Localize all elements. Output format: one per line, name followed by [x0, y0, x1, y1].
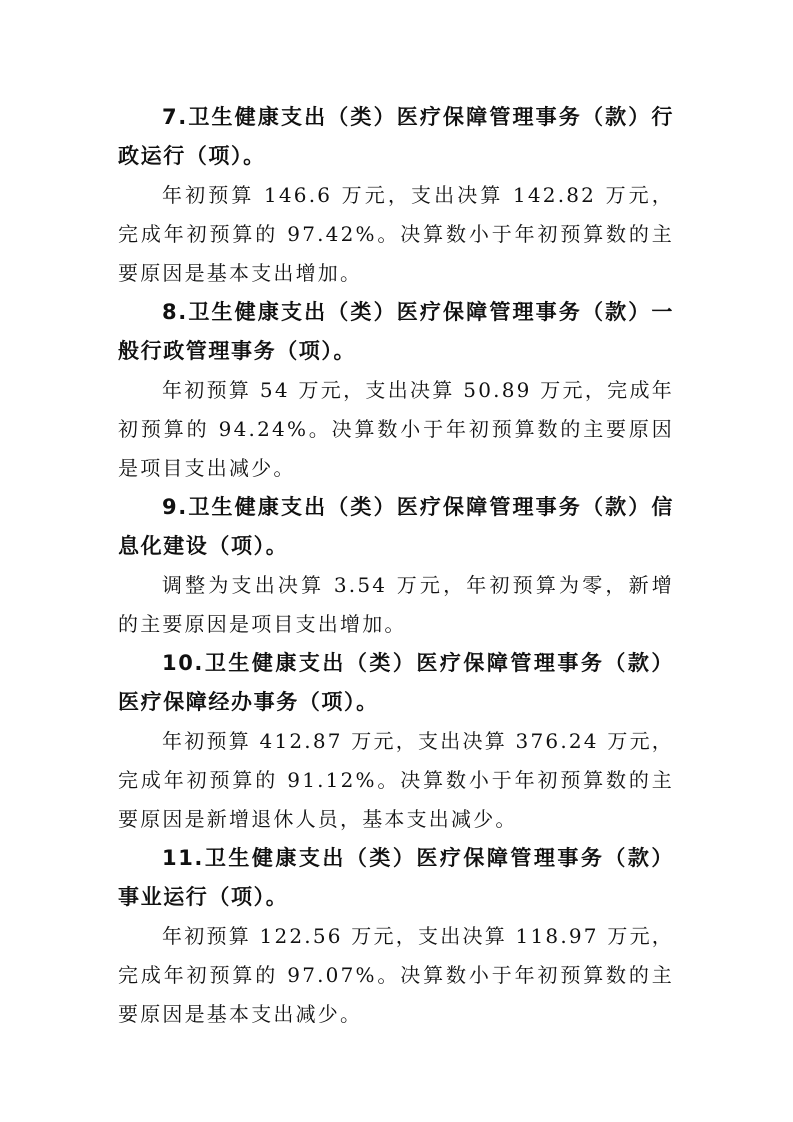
document-page: 7.卫生健康支出（类）医疗保障管理事务（款）行政运行（项）。 年初预算 146.… — [118, 98, 674, 1034]
section-body: 年初预算 122.56 万元，支出决算 118.97 万元，完成年初预算的 97… — [118, 917, 674, 1034]
section-item-8: 8.卫生健康支出（类）医疗保障管理事务（款）一般行政管理事务（项）。 年初预算 … — [118, 293, 674, 488]
section-item-10: 10.卫生健康支出（类）医疗保障管理事务（款）医疗保障经办事务（项）。 年初预算… — [118, 644, 674, 839]
section-heading: 9.卫生健康支出（类）医疗保障管理事务（款）信息化建设（项）。 — [118, 488, 674, 566]
section-heading: 7.卫生健康支出（类）医疗保障管理事务（款）行政运行（项）。 — [118, 98, 674, 176]
section-body: 年初预算 412.87 万元，支出决算 376.24 万元，完成年初预算的 91… — [118, 722, 674, 839]
section-body: 年初预算 146.6 万元，支出决算 142.82 万元，完成年初预算的 97.… — [118, 176, 674, 293]
section-item-11: 11.卫生健康支出（类）医疗保障管理事务（款）事业运行（项）。 年初预算 122… — [118, 839, 674, 1034]
section-heading: 10.卫生健康支出（类）医疗保障管理事务（款）医疗保障经办事务（项）。 — [118, 644, 674, 722]
section-item-9: 9.卫生健康支出（类）医疗保障管理事务（款）信息化建设（项）。 调整为支出决算 … — [118, 488, 674, 644]
section-body: 调整为支出决算 3.54 万元，年初预算为零，新增的主要原因是项目支出增加。 — [118, 566, 674, 644]
section-heading: 8.卫生健康支出（类）医疗保障管理事务（款）一般行政管理事务（项）。 — [118, 293, 674, 371]
section-item-7: 7.卫生健康支出（类）医疗保障管理事务（款）行政运行（项）。 年初预算 146.… — [118, 98, 674, 293]
section-heading: 11.卫生健康支出（类）医疗保障管理事务（款）事业运行（项）。 — [118, 839, 674, 917]
section-body: 年初预算 54 万元，支出决算 50.89 万元，完成年初预算的 94.24%。… — [118, 371, 674, 488]
